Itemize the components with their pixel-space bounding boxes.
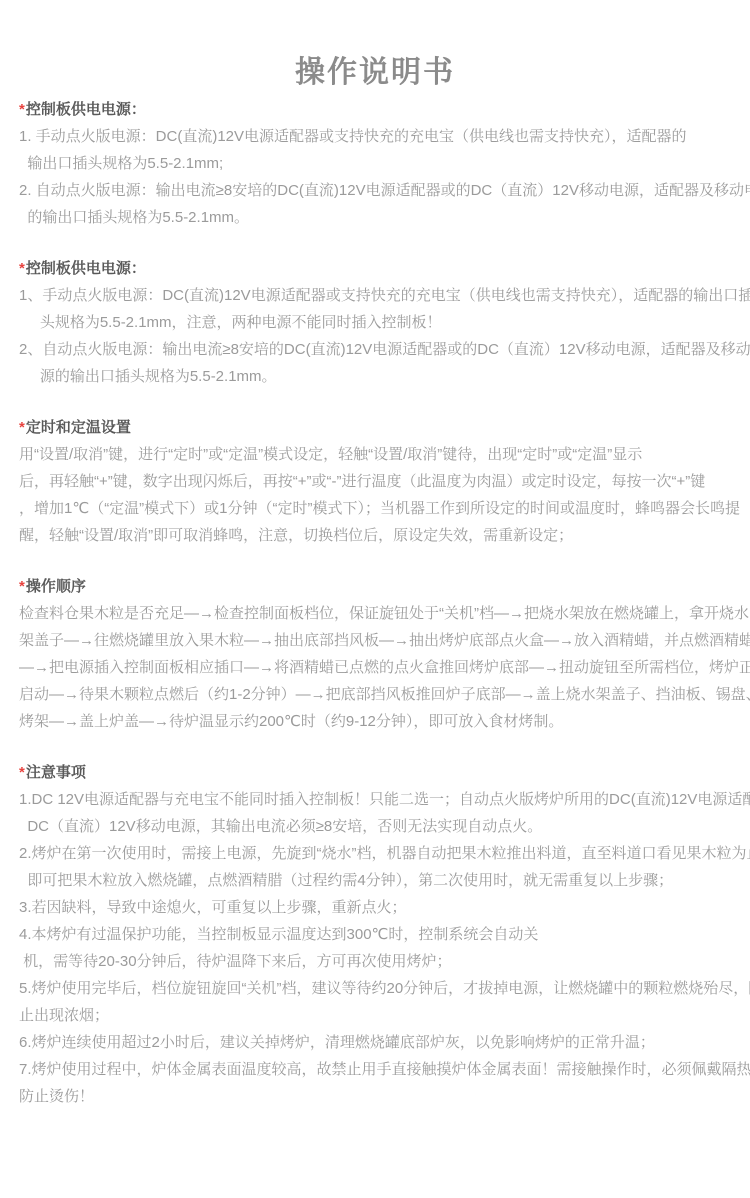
text-line: 头规格为5.5-2.1mm，注意，两种电源不能同时插入控制板！ [19,309,731,336]
text-line: 防止烫伤！ [19,1083,731,1110]
section-heading: *注意事项 [19,759,731,786]
text-line: 的输出口插头规格为5.5-2.1mm。 [19,204,731,231]
paragraph: 2、自动点火版电源：输出电流≥8安培的DC(直流)12V电源适配器或的DC（直流… [19,336,731,390]
text-line: 用“设置/取消”键，进行“定时”或“定温”模式设定，轻触“设置/取消”键待，出现… [19,441,731,468]
paragraph: 检查料仓果木粒是否充足—→检查控制面板档位，保证旋钮处于“关机”档—→把烧水架放… [19,600,731,735]
manual-sections: *控制板供电电源：1. 手动点火版电源：DC(直流)12V电源适配器或支持快充的… [19,96,731,1110]
manual-section: *控制板供电电源：1、手动点火版电源：DC(直流)12V电源适配器或支持快充的充… [19,255,731,390]
text-line: DC（直流）12V移动电源，其输出电流必须≥8安培，否则无法实现自动点火。 [19,813,731,840]
paragraph: 2. 自动点火版电源：输出电流≥8安培的DC(直流)12V电源适配器或的DC（直… [19,177,731,231]
section-heading: *定时和定温设置 [19,414,731,441]
text-line: 6.烤炉连续使用超过2小时后，建议关掉烤炉，清理燃烧罐底部炉灰，以免影响烤炉的正… [19,1029,731,1056]
section-heading-text: 控制板供电电源： [26,101,146,118]
required-asterisk-icon: * [19,101,25,118]
paragraph: 用“设置/取消”键，进行“定时”或“定温”模式设定，轻触“设置/取消”键待，出现… [19,441,731,549]
manual-section: *操作顺序检查料仓果木粒是否充足—→检查控制面板档位，保证旋钮处于“关机”档—→… [19,573,731,735]
manual-section: *定时和定温设置用“设置/取消”键，进行“定时”或“定温”模式设定，轻触“设置/… [19,414,731,549]
text-line: 机，需等待20-30分钟后，待炉温降下来后，方可再次使用烤炉； [19,948,731,975]
text-line: 2.烤炉在第一次使用时，需接上电源，先旋到“烧水”档，机器自动把果木粒推出料道，… [19,840,731,867]
text-line: 1.DC 12V电源适配器与充电宝不能同时插入控制板！只能二选一；自动点火版烤炉… [19,786,731,813]
required-asterisk-icon: * [19,260,25,277]
section-heading-text: 定时和定温设置 [26,419,131,436]
section-heading: *控制板供电电源： [19,96,731,123]
paragraph: 1. 手动点火版电源：DC(直流)12V电源适配器或支持快充的充电宝（供电线也需… [19,123,731,177]
text-line: 源的输出口插头规格为5.5-2.1mm。 [19,363,731,390]
paragraph: 2.烤炉在第一次使用时，需接上电源，先旋到“烧水”档，机器自动把果木粒推出料道，… [19,840,731,894]
text-line: 输出口插头规格为5.5-2.1mm; [19,150,731,177]
text-line: 3.若因缺料，导致中途熄火，可重复以上步骤，重新点火； [19,894,731,921]
section-heading-text: 操作顺序 [26,578,86,595]
section-heading: *操作顺序 [19,573,731,600]
manual-section: *控制板供电电源：1. 手动点火版电源：DC(直流)12V电源适配器或支持快充的… [19,96,731,231]
text-line: 后，再轻触“+”键，数字出现闪烁后，再按“+”或“-”进行温度（此温度为肉温）或… [19,468,731,495]
paragraph: 4.本烤炉有过温保护功能，当控制板显示温度达到300℃时，控制系统会自动关 机，… [19,921,731,975]
required-asterisk-icon: * [19,764,25,781]
section-heading-text: 控制板供电电源： [26,260,146,277]
required-asterisk-icon: * [19,419,25,436]
text-line: 检查料仓果木粒是否充足—→检查控制面板档位，保证旋钮处于“关机”档—→把烧水架放… [19,600,731,627]
page-title: 操作说明书 [19,52,731,94]
text-line: 1、手动点火版电源：DC(直流)12V电源适配器或支持快充的充电宝（供电线也需支… [19,282,731,309]
manual-section: *注意事项1.DC 12V电源适配器与充电宝不能同时插入控制板！只能二选一；自动… [19,759,731,1110]
text-line: 烤架—→盖上炉盖—→待炉温显示约200℃时（约9-12分钟），即可放入食材烤制。 [19,708,731,735]
paragraph: 6.烤炉连续使用超过2小时后，建议关掉烤炉，清理燃烧罐底部炉灰，以免影响烤炉的正… [19,1029,731,1056]
paragraph: 7.烤炉使用过程中，炉体金属表面温度较高，故禁止用手直接触摸炉体金属表面！需接触… [19,1056,731,1110]
paragraph: 1.DC 12V电源适配器与充电宝不能同时插入控制板！只能二选一；自动点火版烤炉… [19,786,731,840]
manual-page: 操作说明书 *控制板供电电源：1. 手动点火版电源：DC(直流)12V电源适配器… [0,52,750,1110]
paragraph: 3.若因缺料，导致中途熄火，可重复以上步骤，重新点火； [19,894,731,921]
text-line: 即可把果木粒放入燃烧罐，点燃酒精腊（过程约需4分钟），第二次使用时，就无需重复以… [19,867,731,894]
paragraph: 1、手动点火版电源：DC(直流)12V电源适配器或支持快充的充电宝（供电线也需支… [19,282,731,336]
section-heading-text: 注意事项 [26,764,86,781]
text-line: 7.烤炉使用过程中，炉体金属表面温度较高，故禁止用手直接触摸炉体金属表面！需接触… [19,1056,731,1083]
text-line: 架盖子—→往燃烧罐里放入果木粒—→抽出底部挡风板—→抽出烤炉底部点火盒—→放入酒… [19,627,731,654]
text-line: ，增加1℃（“定温”模式下）或1分钟（“定时”模式下）；当机器工作到所设定的时间… [19,495,731,522]
text-line: 5.烤炉使用完毕后，档位旋钮旋回“关机”档，建议等待约20分钟后，才拔掉电源，让… [19,975,731,1002]
text-line: 止出现浓烟； [19,1002,731,1029]
text-line: —→把电源插入控制面板相应插口—→将酒精蜡已点燃的点火盒推回烤炉底部—→扭动旋钮… [19,654,731,681]
text-line: 1. 手动点火版电源：DC(直流)12V电源适配器或支持快充的充电宝（供电线也需… [19,123,731,150]
paragraph: 5.烤炉使用完毕后，档位旋钮旋回“关机”档，建议等待约20分钟后，才拔掉电源，让… [19,975,731,1029]
text-line: 启动—→待果木颗粒点燃后（约1-2分钟）—→把底部挡风板推回炉子底部—→盖上烧水… [19,681,731,708]
text-line: 醒，轻触“设置/取消”即可取消蜂鸣，注意，切换档位后，原设定失效，需重新设定； [19,522,731,549]
text-line: 2、自动点火版电源：输出电流≥8安培的DC(直流)12V电源适配器或的DC（直流… [19,336,731,363]
text-line: 4.本烤炉有过温保护功能，当控制板显示温度达到300℃时，控制系统会自动关 [19,921,731,948]
text-line: 2. 自动点火版电源：输出电流≥8安培的DC(直流)12V电源适配器或的DC（直… [19,177,731,204]
section-heading: *控制板供电电源： [19,255,731,282]
required-asterisk-icon: * [19,578,25,595]
